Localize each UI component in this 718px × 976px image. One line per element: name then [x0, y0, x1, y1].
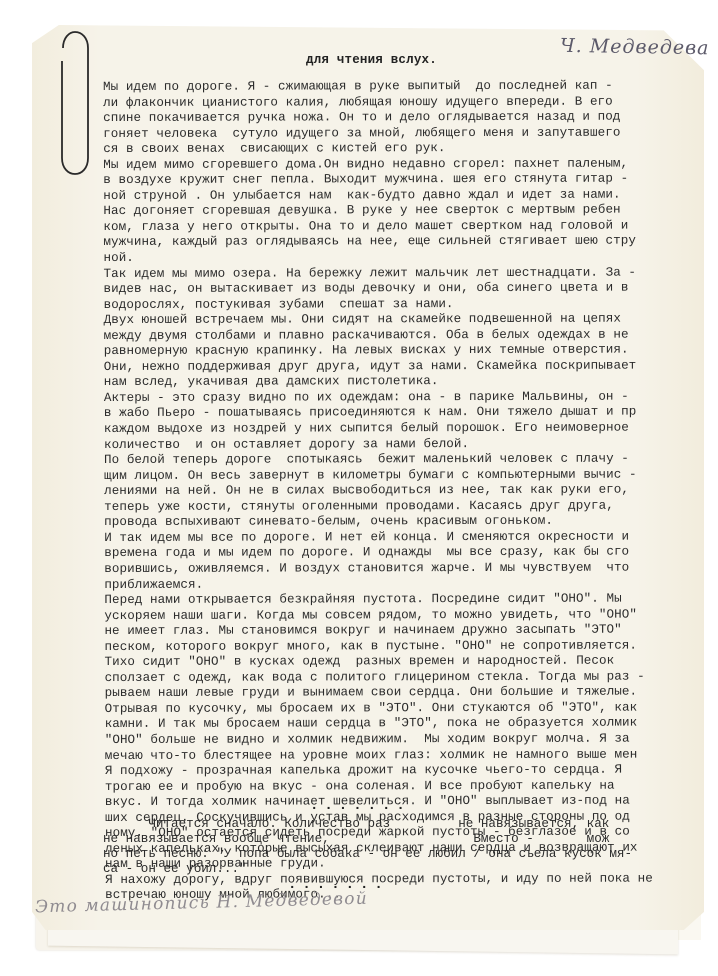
text-line: Отрывая по кусочку, мы бросаем их в "ЭТО…	[105, 700, 705, 717]
footer-line: но петь песню: "У попа была собака - он …	[103, 847, 703, 862]
footer-line: са - он ее убил..."	[103, 862, 703, 877]
text-line: Мы идем мимо сгоревшего дома.Он видно не…	[103, 156, 703, 173]
text-line: "ОНО" больше не видно и холмик недвижим.…	[105, 731, 705, 748]
text-line: Мы идем по дороге. Я - сжимающая в руке …	[103, 78, 703, 95]
text-line: спине покачивается ручка ножа. Он то и д…	[103, 110, 703, 127]
text-line: Нас догоняет сгоревшая девушка. В руке у…	[103, 203, 703, 220]
text-line: водорослях, постукивая зубами спешат за …	[104, 296, 704, 313]
typewritten-footer: Читается сначало. Количество раз не навя…	[103, 817, 703, 877]
text-line: ворившись, оживляемся. И воздух становит…	[104, 560, 704, 577]
text-line: мужчина, каждый раз оглядываясь на нее, …	[103, 234, 703, 251]
text-line: Они, нежно поддерживая друг друга, идут …	[104, 358, 704, 375]
text-line: Двух юношей встречаем мы. Они сидят на с…	[104, 312, 704, 329]
text-line: камни. И так мы бросаем наши сердца в "Э…	[105, 716, 705, 733]
text-line: трогаю ее и пробую на вкус - она соленая…	[105, 778, 705, 795]
footer-line: не навязывается вообще чтение, Вместо - …	[103, 832, 703, 847]
footer-line: Читается сначало. Количество раз не навя…	[103, 817, 703, 832]
text-line: рываем наши левые груди и вынимаем свои …	[105, 685, 705, 702]
text-line: песком, которого вокруг много, как в пус…	[104, 638, 704, 655]
text-line: И так идем мы все по дороге. И нет ей ко…	[104, 529, 704, 546]
handwritten-signature: Ч. Медведева	[560, 35, 710, 60]
text-line: мечаю что-то блестящее на уровне моих гл…	[105, 747, 705, 764]
text-line: Тихо сидит "ОНО" в кусках одежд разных в…	[105, 654, 705, 671]
text-line: видев нас, он вытаскивает из воды девочк…	[104, 281, 704, 298]
title-text: для чтения вслух.	[306, 53, 437, 67]
text-line: ком, глаза у него открыты. Она то и дело…	[103, 218, 703, 235]
text-line: времена года и мы идем по дороге. И одна…	[104, 545, 704, 562]
typewritten-body: Мы идем по дороге. Я - сжимающая в руке …	[103, 78, 705, 904]
text-line: ускоряем наши шаги. Когда мы совсем рядо…	[104, 607, 704, 624]
text-line: каждом выдохе из ноздрей у них сыпится б…	[104, 420, 704, 437]
text-line: ли флакончик цианистого калия, любящая ю…	[103, 94, 703, 111]
text-line: ся в своих венах свисающих с кистей его …	[103, 141, 703, 158]
page-title: для чтения вслух.	[306, 53, 437, 67]
text-line: между двумя столбами и плавно раскачиваю…	[104, 327, 704, 344]
text-line: ной.	[103, 249, 703, 266]
text-line: Я подхожу - прозрачная капелька дрожит н…	[105, 762, 705, 779]
text-line: щим лицом. Он весь завернут в километры …	[104, 467, 704, 484]
text-line: не имеет глаз. Мы становимся вокруг и на…	[104, 623, 704, 640]
text-line: гоняет человека сутуло идущего за мной, …	[103, 125, 703, 142]
text-line: провода вспыхивают синевато-белым, очень…	[104, 514, 704, 531]
paperclip-icon	[55, 28, 95, 178]
separator-dots: .......	[310, 798, 411, 814]
text-line: По белой теперь дороге спотыкаясь бежит …	[104, 452, 704, 469]
text-line: приближаемся.	[104, 576, 704, 593]
text-line: лениями на ней. Он не в силах высвободит…	[104, 483, 704, 500]
text-line: сползает с одежд, как вода с политого гл…	[105, 669, 705, 686]
text-line: ной струной . Он улыбается нам как-будто…	[103, 187, 703, 204]
text-line: Перед нами открывается безкрайняя пустот…	[104, 591, 704, 608]
text-line: количество и он оставляет дорогу за нами…	[104, 436, 704, 453]
text-line: теперь уже кости, стянуты оголенными про…	[104, 498, 704, 515]
text-line: Так идем мы мимо озера. На бережку лежит…	[103, 265, 703, 282]
text-line: Актеры - это сразу видно по их одеждам: …	[104, 389, 704, 406]
text-line: нам вслед, укачивая два дамских пистолет…	[104, 374, 704, 391]
text-line: в воздухе кружит снег пепла. Выходит муж…	[103, 172, 703, 189]
text-line: в жабо Пьеро - пошатываясь присоединяютс…	[104, 405, 704, 422]
text-line: равномерную красную крапинку. На левых в…	[104, 343, 704, 360]
